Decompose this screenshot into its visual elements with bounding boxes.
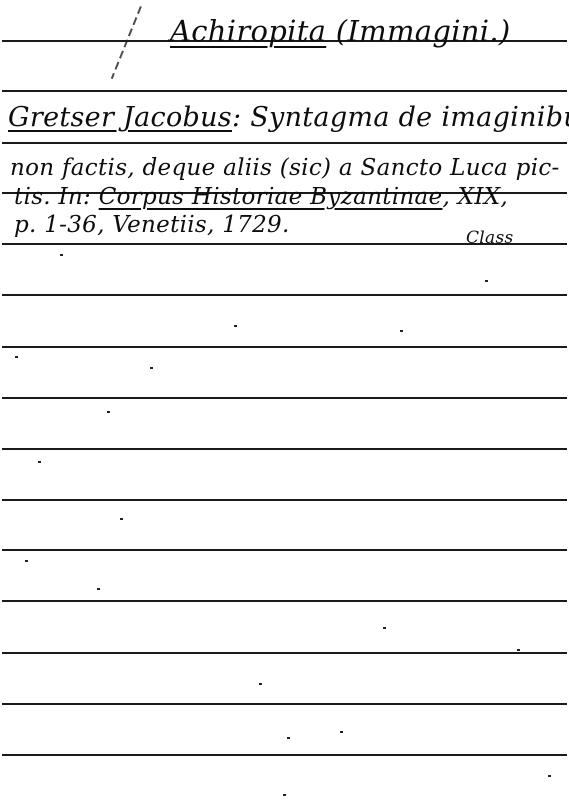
ruled-line (2, 346, 567, 348)
catalog-card: Achiropita (Immagini.) Gretser Jacobus: … (0, 0, 569, 800)
scan-speck (548, 775, 551, 777)
scan-speck (150, 367, 153, 369)
entry-volume: , XIX, (442, 184, 508, 210)
scan-speck (97, 588, 100, 590)
heading-qualifier: (Immagini.) (336, 14, 511, 48)
entry-author: Gretser Jacobus (8, 102, 232, 133)
scan-speck (25, 560, 28, 562)
ruled-line (2, 600, 567, 602)
entry-line-1: Gretser Jacobus: Syntagma de imaginibus (8, 102, 569, 133)
entry-source: Corpus Historiae Byzantinae (99, 184, 443, 210)
entry-line-3: tis. In: Corpus Historiae Byzantinae, XI… (14, 184, 508, 210)
scan-speck (38, 461, 41, 463)
entry-line-2: non factis, deque aliis (sic) a Sancto L… (10, 155, 560, 181)
heading-term: Achiropita (170, 14, 326, 48)
cataloger-signature: Class (466, 228, 514, 248)
ruled-line (2, 448, 567, 450)
ruled-line (2, 90, 567, 92)
scan-speck (340, 731, 343, 733)
entry-title-start: : Syntagma de imaginibus (232, 102, 569, 133)
scan-speck (15, 356, 18, 358)
scan-speck (120, 518, 123, 520)
scan-speck (400, 330, 403, 332)
entry-line-4: p. 1-36, Venetiis, 1729. (14, 212, 290, 238)
ruled-line (2, 754, 567, 756)
scan-speck (259, 683, 262, 685)
scan-speck (383, 627, 386, 629)
ruled-line (2, 703, 567, 705)
scan-speck (287, 737, 290, 739)
scan-speck (107, 411, 110, 413)
ruled-line (2, 294, 567, 296)
ruled-line (2, 652, 567, 654)
scan-speck (517, 649, 520, 651)
ruled-line (2, 549, 567, 551)
ruled-line (2, 499, 567, 501)
scan-speck (234, 325, 237, 327)
card-heading: Achiropita (Immagini.) (170, 14, 510, 48)
pen-stroke-mark (111, 6, 142, 79)
ruled-line (2, 142, 567, 144)
scan-speck (485, 280, 488, 282)
scan-speck (283, 794, 286, 796)
scan-speck (60, 254, 63, 256)
entry-in-prefix: tis. In: (14, 184, 99, 210)
ruled-line (2, 397, 567, 399)
